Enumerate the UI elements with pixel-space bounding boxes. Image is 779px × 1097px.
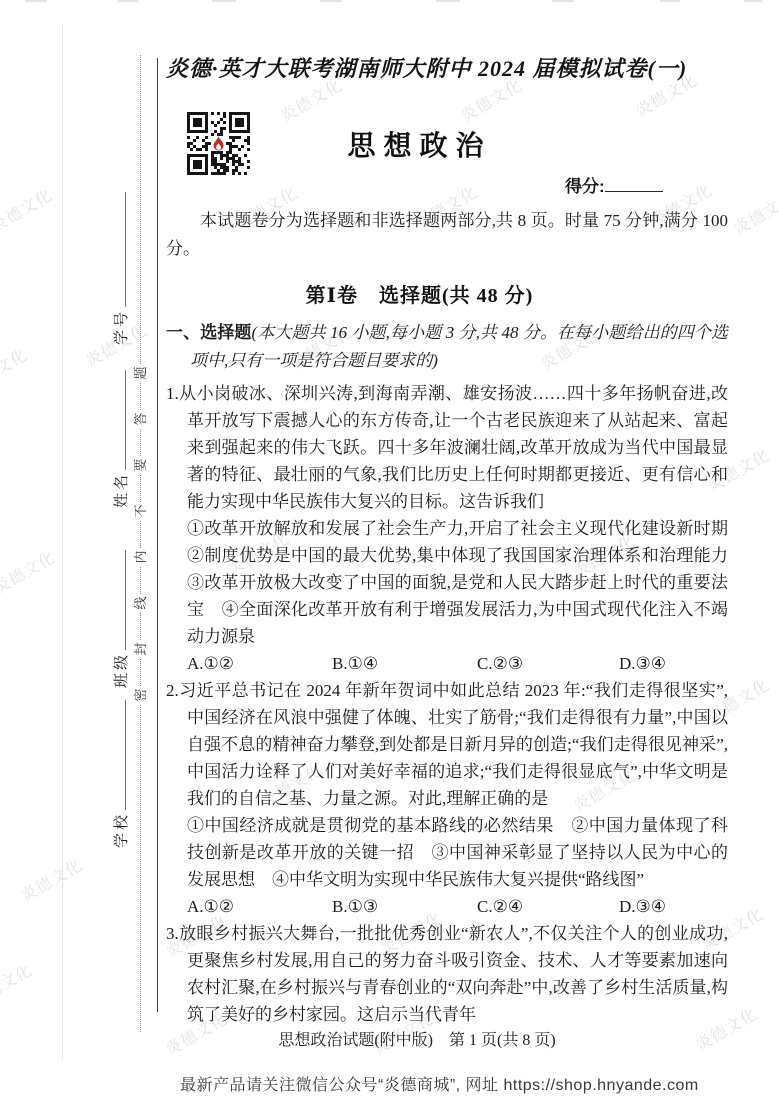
- scan-edge-dash: [744, 0, 762, 2]
- volume-heading: 第Ⅰ卷 选择题(共 48 分): [166, 281, 728, 311]
- question-sub-items: ①中国经济成就是贯彻党的基本路线的必然结果 ②中国力量体现了科技创新是改革开放的…: [187, 812, 728, 893]
- question-stem-text: 从小岗破冰、深圳兴涛,到海南弄潮、雄安扬波……四十多年扬帆奋进,改革开放写下震撼…: [179, 384, 728, 511]
- option-B: B.①③: [332, 893, 477, 920]
- question-stem-text: 习近平总书记在 2024 年新年贺词中如此总结 2023 年:“我们走得很坚实”…: [179, 681, 728, 808]
- margin-label-学校: 学校: [112, 700, 132, 848]
- question-block-3: 3.放眼乡村振兴大舞台,一批批优秀创业“新农人”,不仅关注个人的创业成功,更聚焦…: [166, 920, 728, 1028]
- scan-edge-dash: [660, 0, 680, 2]
- seal-text-char: 要: [132, 456, 150, 474]
- margin-label-text: 学号: [114, 309, 130, 345]
- score-blank-line: [605, 176, 663, 192]
- outer-fold-line: [62, 25, 63, 1060]
- question-stem: 3.放眼乡村振兴大舞台,一批批优秀创业“新农人”,不仅关注个人的创业成功,更聚焦…: [187, 920, 728, 1028]
- option-B: B.①④: [332, 650, 477, 677]
- seal-text-char: 内: [132, 548, 150, 566]
- option-A: A.①②: [187, 893, 332, 920]
- watermark-text: 炎德文化: [0, 68, 1, 122]
- paper-body: 本试题卷分为选择题和非选择题两部分,共 8 页。时量 75 分钟,满分 100 …: [166, 207, 728, 1028]
- option-D: D.③④: [619, 893, 666, 920]
- margin-label-text: 学校: [114, 812, 130, 848]
- question-number: 3.: [166, 924, 179, 943]
- margin-blank-line: [112, 700, 126, 810]
- margin-blank-line: [112, 192, 126, 307]
- question-options: A.①②B.①④C.②③D.③④: [187, 650, 728, 677]
- question-sub-items: ①改革开放解放和发展了社会生产力,开启了社会主义现代化建设新时期 ②制度优势是中…: [187, 515, 728, 650]
- question-stem: 2.习近平总书记在 2024 年新年贺词中如此总结 2023 年:“我们走得很坚…: [187, 677, 728, 812]
- scan-edge-dash: [320, 0, 342, 2]
- question-options: A.①②B.①③C.②④D.③④: [187, 893, 728, 920]
- question-stem-text: 放眼乡村振兴大舞台,一批批优秀创业“新农人”,不仅关注个人的创业成功,更聚焦乡村…: [179, 924, 728, 1024]
- score-row: 得分:: [565, 172, 663, 197]
- scan-edge-dash: [212, 0, 236, 2]
- scan-edge-dash: [25, 0, 47, 2]
- exam-page: 炎德文化炎德文化炎德文化炎德文化炎德文化炎德文化炎德文化炎德文化炎德文化炎德文化…: [0, 0, 779, 1097]
- seal-dotted-line: [140, 55, 141, 1032]
- scan-edge-dash: [436, 0, 460, 2]
- exam-instructions: 本试题卷分为选择题和非选择题两部分,共 8 页。时量 75 分钟,满分 100 …: [166, 207, 728, 263]
- scan-edge-dash: [118, 0, 138, 2]
- question-number: 2.: [166, 681, 179, 700]
- seal-text-char: 线: [132, 594, 150, 612]
- question-stem: 1.从小岗破冰、深圳兴涛,到海南弄潮、雄安扬波……四十多年扬帆奋进,改革开放写下…: [187, 380, 728, 515]
- margin-blank-line: [112, 550, 126, 650]
- subject-title: 思想政治: [166, 124, 728, 164]
- instruction-body: (本大题共 16 小题,每小题 3 分,共 48 分。在每小题给出的四个选项中,…: [190, 323, 728, 370]
- option-A: A.①②: [187, 650, 332, 677]
- margin-label-班级: 班级: [112, 550, 132, 688]
- question-block-2: 2.习近平总书记在 2024 年新年贺词中如此总结 2023 年:“我们走得很坚…: [166, 677, 728, 920]
- question-number: 1.: [166, 384, 179, 403]
- exam-title: 炎德·英才大联考湖南师大附中 2024 届模拟试卷(一): [166, 52, 728, 83]
- seal-text-char: 封: [132, 640, 150, 658]
- watermark-text: 炎德文化: [0, 545, 59, 599]
- watermark-text: 炎德文化: [0, 958, 36, 1012]
- seal-text-char: 题: [132, 364, 150, 382]
- question-list: 1.从小岗破冰、深圳兴涛,到海南弄潮、雄安扬波……四十多年扬帆奋进,改革开放写下…: [166, 380, 728, 1028]
- seal-text-char: 答: [132, 410, 150, 428]
- question-block-1: 1.从小岗破冰、深圳兴涛,到海南弄潮、雄安扬波……四十多年扬帆奋进,改革开放写下…: [166, 380, 728, 677]
- seal-text-char: 密: [132, 686, 150, 704]
- margin-label-text: 姓名: [114, 472, 130, 508]
- option-D: D.③④: [619, 650, 666, 677]
- watermark-text: 炎德文化: [16, 853, 86, 907]
- margin-label-姓名: 姓名: [112, 370, 132, 508]
- publisher-note: 最新产品请关注微信公众号“炎德商城”, 网址 https://shop.hnya…: [180, 1072, 699, 1095]
- margin-label-学号: 学号: [112, 192, 132, 345]
- watermark-text: 炎德文化: [0, 183, 56, 237]
- score-label: 得分:: [565, 177, 605, 196]
- watermark-text: 炎德文化: [0, 343, 31, 397]
- instruction-lead: 一、选择题: [166, 323, 252, 342]
- scan-edge-dash: [552, 0, 574, 2]
- page-footer: 思想政治试题(附中版) 第 1 页(共 8 页): [166, 1027, 728, 1050]
- margin-label-text: 班级: [114, 652, 130, 688]
- option-C: C.②④: [477, 893, 619, 920]
- seal-text-char: 不: [132, 502, 150, 520]
- section-instruction: 一、选择题(本大题共 16 小题,每小题 3 分,共 48 分。在每小题给出的四…: [166, 319, 728, 375]
- margin-blank-line: [112, 370, 126, 470]
- seal-solid-line: [157, 58, 158, 1012]
- option-C: C.②③: [477, 650, 619, 677]
- watermark-text: 炎德文化: [729, 186, 779, 240]
